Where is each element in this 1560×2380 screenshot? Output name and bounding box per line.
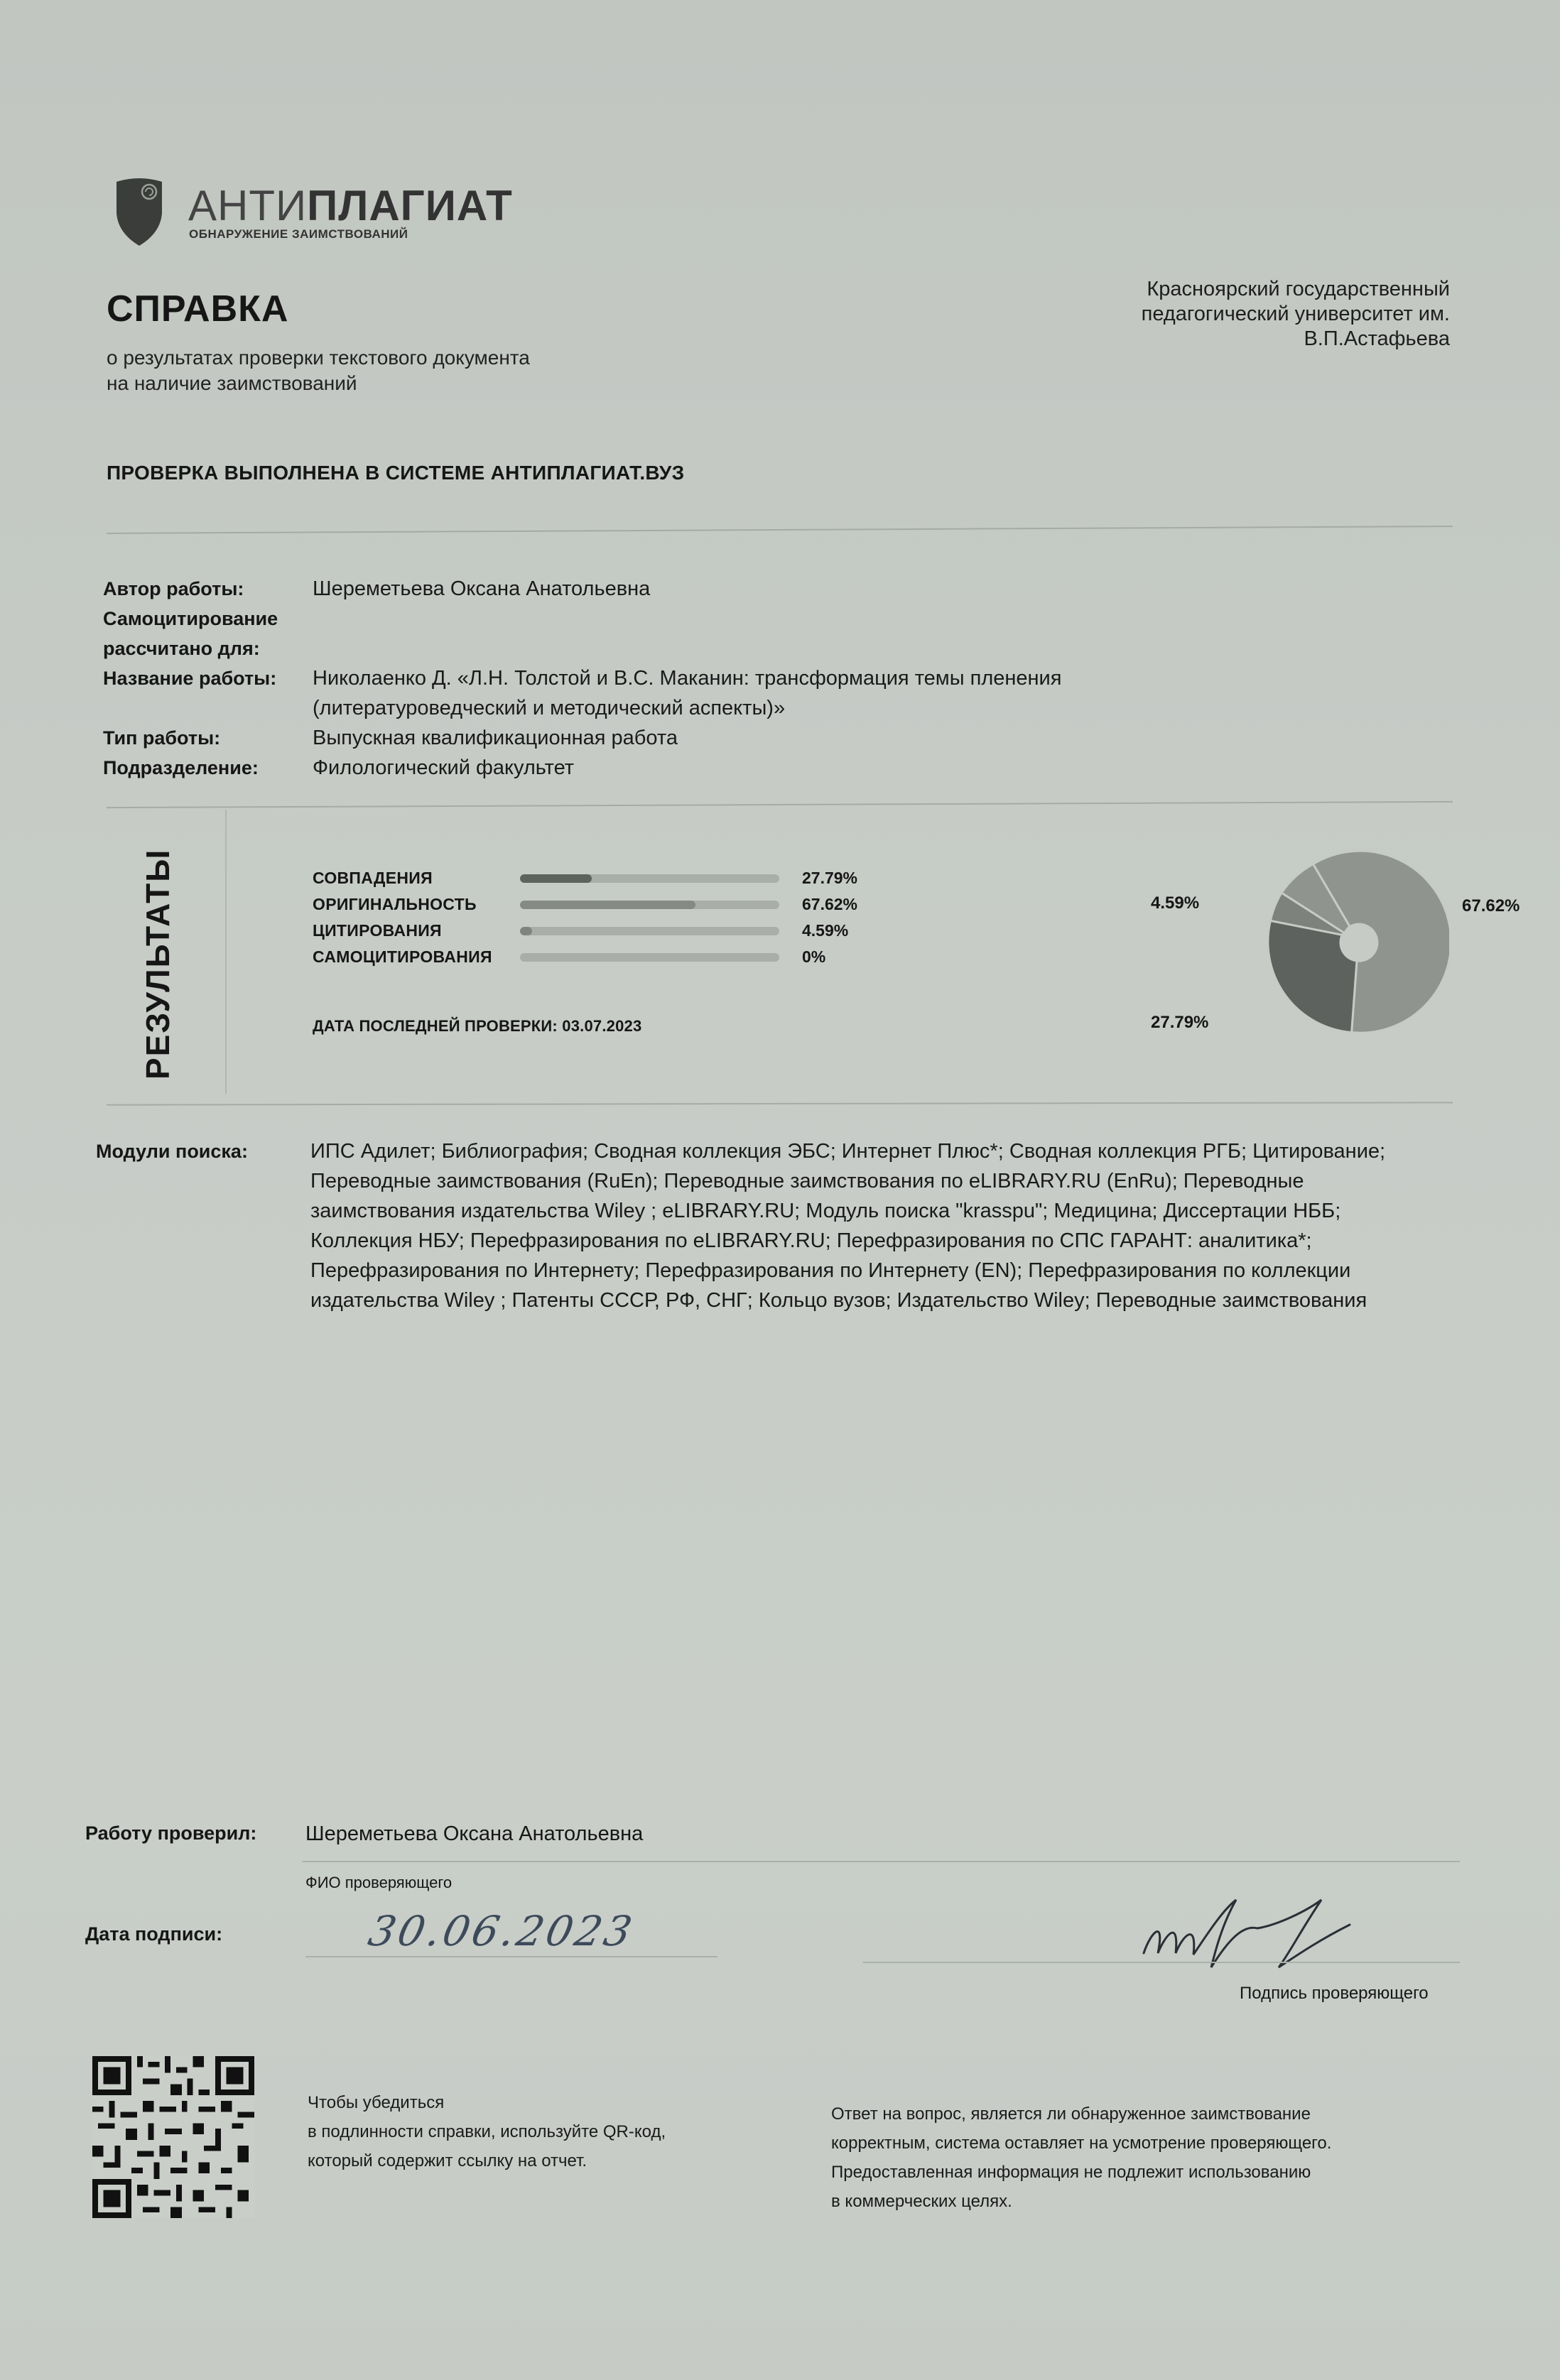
result-value: 4.59% [802, 921, 848, 940]
progress-bar [520, 901, 779, 909]
subtitle-line: на наличие заимствований [107, 371, 530, 396]
progress-bar-fill [520, 901, 695, 909]
qr-instructions-line: который содержит ссылку на отчет. [308, 2146, 666, 2175]
fio-caption: ФИО проверяющего [305, 1874, 452, 1892]
document-page: АНТИПЛАГИАТ ОБНАРУЖЕНИЕ ЗАИМСТВОВАНИЙ СП… [0, 0, 1560, 2380]
work-title-line: Николаенко Д. «Л.Н. Толстой и В.С. Макан… [313, 663, 1453, 693]
donut-chart: 4.59% 67.62% 27.79% [1151, 845, 1449, 1058]
progress-bar [520, 874, 779, 883]
date-underline [305, 1956, 717, 1957]
results-panel: РЕЗУЛЬТАТЫ СОВПАДЕНИЯ 27.79% ОРИГИНАЛЬНО… [99, 803, 1456, 1101]
progress-bar [520, 953, 779, 962]
work-title-value: Николаенко Д. «Л.Н. Толстой и В.С. Макан… [313, 663, 1453, 723]
search-modules: Модули поиска: ИПС Адилет; Библиография;… [96, 1136, 1460, 1315]
sign-date-handwritten: 30.06.2023 [364, 1907, 639, 1955]
logo-wordmark-part1: АНТИ [188, 182, 307, 229]
checked-by-label: Работу проверил: [85, 1822, 305, 1846]
work-title-line: (литературоведческий и методический аспе… [313, 693, 1453, 723]
result-label: СОВПАДЕНИЯ [313, 869, 520, 888]
info-row-author: Автор работы: Шереметьева Оксана Анатоль… [103, 574, 1453, 604]
document-info: Автор работы: Шереметьева Оксана Анатоль… [103, 574, 1453, 783]
logo-tagline: ОБНАРУЖЕНИЕ ЗАИМСТВОВАНИЙ [189, 227, 408, 241]
modules-value: ИПС Адилет; Библиография; Сводная коллек… [310, 1136, 1460, 1315]
fio-underline [302, 1861, 1460, 1862]
qr-instructions: Чтобы убедиться в подлинности справки, и… [308, 2088, 666, 2175]
result-value: 67.62% [802, 895, 857, 914]
result-label: ОРИГИНАЛЬНОСТЬ [313, 895, 520, 914]
sign-date-label: Дата подписи: [85, 1923, 222, 1945]
results-vertical-divider [225, 810, 227, 1094]
info-row-title: Название работы: Николаенко Д. «Л.Н. Тол… [103, 663, 1453, 723]
division-label: Подразделение: [103, 753, 313, 783]
result-label: САМОЦИТИРОВАНИЯ [313, 947, 520, 967]
last-check-date: ДАТА ПОСЛЕДНЕЙ ПРОВЕРКИ: 03.07.2023 [313, 1017, 641, 1036]
organization-line: педагогический университет им. [1142, 302, 1450, 327]
donut-label-citations: 4.59% [1151, 893, 1199, 913]
result-row-citations: ЦИТИРОВАНИЯ 4.59% [313, 918, 895, 944]
disclaimer-line: Предоставленная информация не подлежит и… [831, 2158, 1331, 2187]
signature-underline [863, 1962, 1460, 1963]
result-row-selfcitations: САМОЦИТИРОВАНИЯ 0% [313, 944, 895, 970]
author-label: Автор работы: [103, 574, 313, 604]
donut-label-originality: 67.62% [1462, 896, 1520, 916]
results-bars: СОВПАДЕНИЯ 27.79% ОРИГИНАЛЬНОСТЬ 67.62% … [313, 865, 895, 970]
donut-label-matches: 27.79% [1151, 1013, 1208, 1033]
organization-name: Красноярский государственный педагогичес… [1142, 277, 1450, 352]
result-row-matches: СОВПАДЕНИЯ 27.79% [313, 865, 895, 891]
result-value: 0% [802, 947, 825, 967]
selfcite-value [313, 604, 1453, 663]
page-subtitle: о результатах проверки текстового докуме… [107, 345, 530, 396]
work-type-label: Тип работы: [103, 723, 313, 753]
system-heading: ПРОВЕРКА ВЫПОЛНЕНА В СИСТЕМЕ АНТИПЛАГИАТ… [107, 462, 684, 484]
disclaimer-line: корректным, система оставляет на усмотре… [831, 2129, 1331, 2158]
qr-code[interactable] [92, 2056, 254, 2218]
disclaimer: Ответ на вопрос, является ли обнаруженно… [831, 2099, 1331, 2216]
result-label: ЦИТИРОВАНИЯ [313, 921, 520, 940]
info-row-selfcite: Самоцитирование рассчитано для: [103, 604, 1453, 663]
divider [107, 1102, 1453, 1105]
selfcite-label: Самоцитирование рассчитано для: [103, 604, 313, 663]
modules-label: Модули поиска: [96, 1136, 310, 1315]
logo-wordmark-part2: ПЛАГИАТ [307, 182, 513, 229]
organization-line: Красноярский государственный [1142, 277, 1450, 302]
disclaimer-line: в коммерческих целях. [831, 2187, 1331, 2216]
result-value: 27.79% [802, 869, 857, 888]
author-value: Шереметьева Оксана Анатольевна [313, 574, 1453, 604]
division-value: Филологический факультет [313, 753, 1453, 783]
qr-instructions-line: в подлинности справки, используйте QR-ко… [308, 2117, 666, 2146]
logo-wordmark: АНТИПЛАГИАТ [188, 185, 513, 227]
antiplagiat-logo: АНТИПЛАГИАТ ОБНАРУЖЕНИЕ ЗАИМСТВОВАНИЙ [114, 176, 455, 254]
work-type-value: Выпускная квалификационная работа [313, 723, 1453, 753]
info-row-division: Подразделение: Филологический факультет [103, 753, 1453, 783]
page-title: СПРАВКА [107, 288, 288, 330]
result-row-originality: ОРИГИНАЛЬНОСТЬ 67.62% [313, 891, 895, 918]
disclaimer-line: Ответ на вопрос, является ли обнаруженно… [831, 2099, 1331, 2129]
organization-line: В.П.Астафьева [1142, 327, 1450, 352]
info-row-type: Тип работы: Выпускная квалификационная р… [103, 723, 1453, 753]
work-title-label: Название работы: [103, 663, 313, 723]
results-section-title: РЕЗУЛЬТАТЫ [139, 849, 177, 1080]
progress-bar-fill [520, 927, 532, 935]
qr-instructions-line: Чтобы убедиться [308, 2088, 666, 2117]
shield-icon [114, 176, 165, 247]
checked-by: Работу проверил: Шереметьева Оксана Анат… [85, 1822, 643, 1846]
progress-bar [520, 927, 779, 935]
checked-by-value: Шереметьева Оксана Анатольевна [305, 1822, 643, 1846]
selfcite-label-line: рассчитано для: [103, 634, 313, 663]
progress-bar-fill [520, 874, 592, 883]
signature-caption: Подпись проверяющего [1240, 1984, 1429, 2004]
subtitle-line: о результатах проверки текстового докуме… [107, 345, 530, 371]
divider [107, 526, 1453, 534]
selfcite-label-line: Самоцитирование [103, 604, 313, 634]
